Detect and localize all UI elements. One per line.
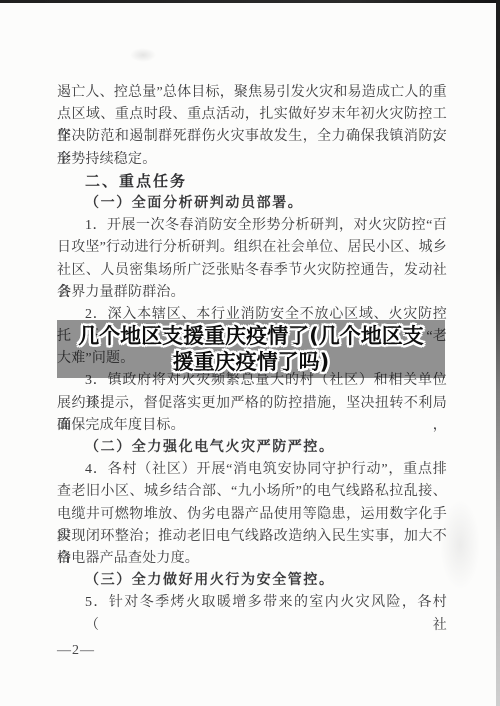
document-line: 5．针对冬季烤火取暖增多带来的室内火灾风险，各村（社 — [57, 592, 447, 614]
document-line: 形势持续稳定。 — [57, 149, 447, 171]
scan-edge-top — [0, 0, 500, 3]
subsection-heading: （一）全面分析研判动员部署。 — [57, 193, 447, 215]
document-line: 遏亡人、控总量”总体目标，聚焦易引发火灾和易造成亡人的重 — [57, 82, 447, 104]
scanned-document-page: 遏亡人、控总量”总体目标，聚焦易引发火灾和易造成亡人的重 点区域、重点时段、重点… — [0, 0, 500, 706]
section-heading: 二、重点任务 — [57, 171, 447, 193]
document-line: 查老旧小区、城乡结合部、“九小场所”的电气线路私拉乱接、 — [57, 481, 447, 503]
subsection-heading: （二）全力强化电气火灾严防严控。 — [57, 437, 447, 459]
document-line: 坚决防范和遏制群死群伤火灾事故发生，全力确保我镇消防安全 — [57, 126, 447, 148]
document-line: 各界力量群防群治。 — [57, 282, 447, 304]
document-line: 社区、人员密集场所广泛张贴冬春季节火灾防控通告，发动社会 — [57, 260, 447, 282]
document-line: 格电器产品查处力度。 — [57, 548, 447, 570]
document-line: 点区域、重点时段、重点活动，扎实做好岁末年初火灾防控工作， — [57, 104, 447, 126]
document-line: 日攻坚”行动进行分析研判。组织在社会单位、居民小区、城乡 — [57, 237, 447, 259]
subsection-heading: （三）全力做好用火行为安全管控。 — [57, 570, 447, 592]
document-line: 展约谈提示，督促落实更加严格的防控措施，坚决扭转不利局面， — [57, 393, 447, 415]
scan-artifact — [130, 48, 156, 62]
page-number: —2— — [57, 643, 95, 659]
document-line: 电缆井可燃物堆放、伪劣电器产品使用等隐患，运用数字化手段 — [57, 504, 447, 526]
document-line: 实现闭环整治；推动老旧电气线路改造纳入民生实事，加大不合 — [57, 526, 447, 548]
overlay-title-line: 几个地区支援重庆疫情了(几个地区支 — [78, 323, 424, 349]
overlay-title-line: 援重庆疫情了吗) — [173, 349, 330, 375]
scan-edge-right — [496, 0, 500, 706]
document-line: 4．各村（社区）开展“消电筑安协同守护行动”，重点排 — [57, 459, 447, 481]
overlay-title-band: 几个地区支援重庆疫情了(几个地区支 援重庆疫情了吗) — [57, 320, 445, 378]
document-line: 1．开展一次冬春消防安全形势分析研判，对火灾防控“百 — [57, 215, 447, 237]
